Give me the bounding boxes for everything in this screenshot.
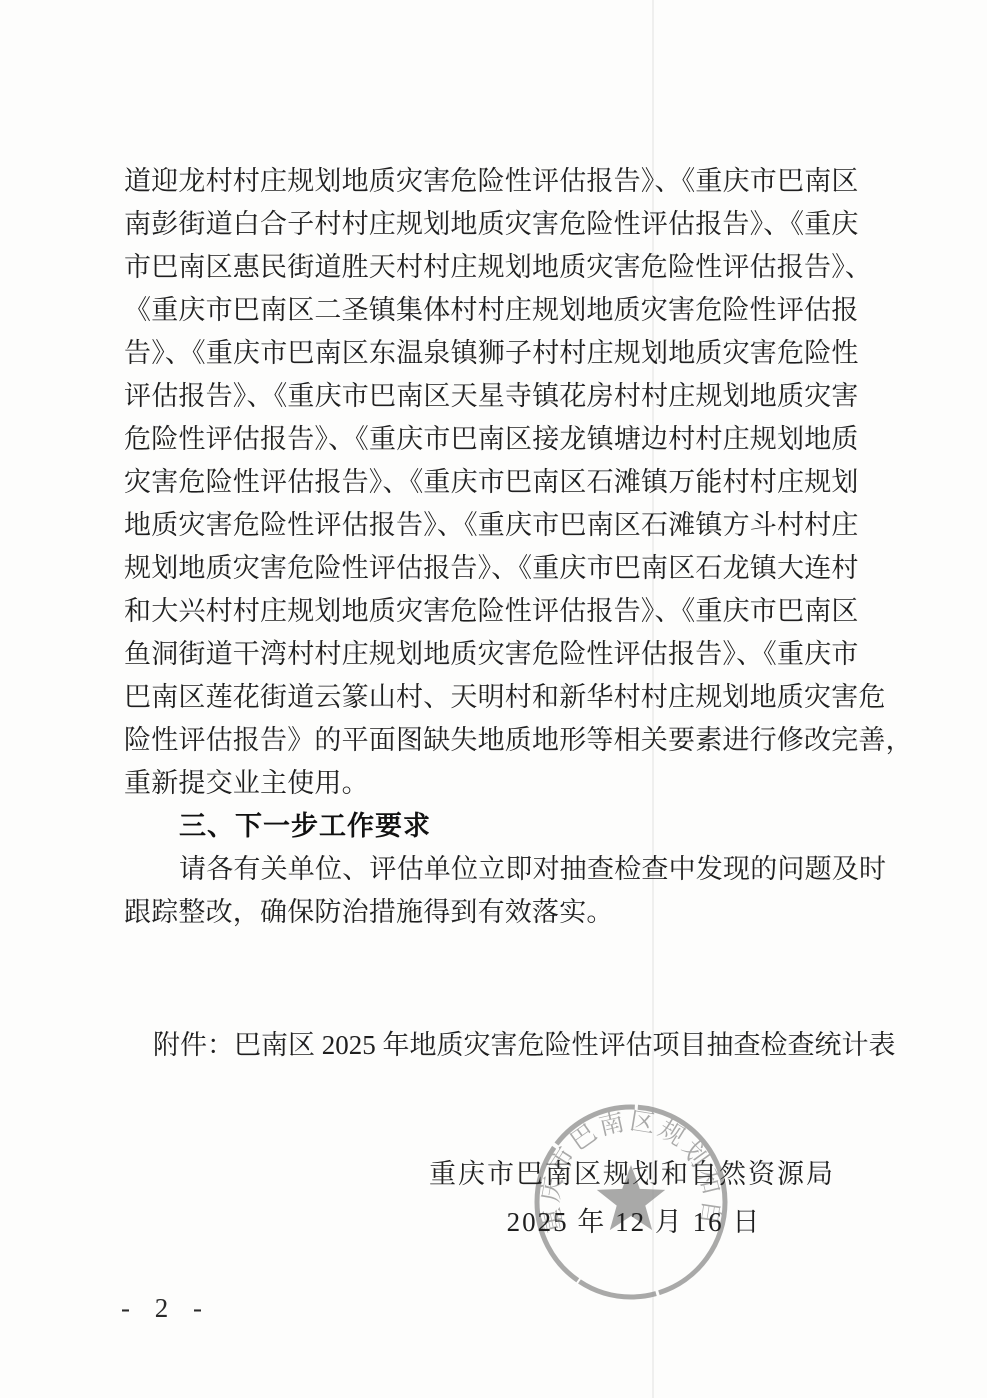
document-page: 道迎龙村村庄规划地质灾害危险性评估报告》、《重庆市巴南区 南彭街道白合子村村庄规… [0, 0, 987, 1398]
body-line: 危险性评估报告》、《重庆市巴南区接龙镇塘边村村庄规划地质 [124, 418, 894, 461]
page-number: - 2 - [121, 1288, 211, 1328]
body-line: 市巴南区惠民街道胜天村村庄规划地质灾害危险性评估报告》、 [124, 246, 894, 289]
closing-line: 请各有关单位、评估单位立即对抽查检查中发现的问题及时 [124, 848, 894, 891]
body-line: 《重庆市巴南区二圣镇集体村村庄规划地质灾害危险性评估报 [124, 289, 894, 332]
body-line: 南彭街道白合子村村庄规划地质灾害危险性评估报告》、《重庆 [124, 203, 894, 246]
section-heading: 三、下一步工作要求 [124, 805, 894, 848]
body-line: 重新提交业主使用。 [124, 762, 894, 805]
body-line: 灾害危险性评估报告》、《重庆市巴南区石滩镇万能村村庄规划 [124, 461, 894, 504]
body-line: 评估报告》、《重庆市巴南区天星寺镇花房村村庄规划地质灾害 [124, 375, 894, 418]
body-line: 道迎龙村村庄规划地质灾害危险性评估报告》、《重庆市巴南区 [124, 160, 894, 203]
body-line: 鱼洞街道干湾村村庄规划地质灾害危险性评估报告》、《重庆市 [124, 633, 894, 676]
document-body: 道迎龙村村庄规划地质灾害危险性评估报告》、《重庆市巴南区 南彭街道白合子村村庄规… [124, 160, 894, 934]
body-line: 和大兴村村庄规划地质灾害危险性评估报告》、《重庆市巴南区 [124, 590, 894, 633]
body-line: 地质灾害危险性评估报告》、《重庆市巴南区石滩镇方斗村村庄 [124, 504, 894, 547]
attachment-note: 附件：巴南区 2025 年地质灾害危险性评估项目抽查检查统计表 [153, 1024, 896, 1067]
body-line: 规划地质灾害危险性评估报告》、《重庆市巴南区石龙镇大连村 [124, 547, 894, 590]
body-line: 告》、《重庆市巴南区东温泉镇狮子村村庄规划地质灾害危险性 [124, 332, 894, 375]
closing-line: 跟踪整改，确保防治措施得到有效落实。 [124, 891, 894, 934]
body-line: 巴南区莲花街道云篆山村、天明村和新华村村庄规划地质灾害危 [124, 676, 894, 719]
signature-date: 2025 年 12 月 16 日 [404, 1202, 864, 1242]
body-line: 险性评估报告》的平面图缺失地质地形等相关要素进行修改完善， [124, 719, 894, 762]
signature-agency: 重庆市巴南区规划和自然资源局 [404, 1154, 860, 1194]
